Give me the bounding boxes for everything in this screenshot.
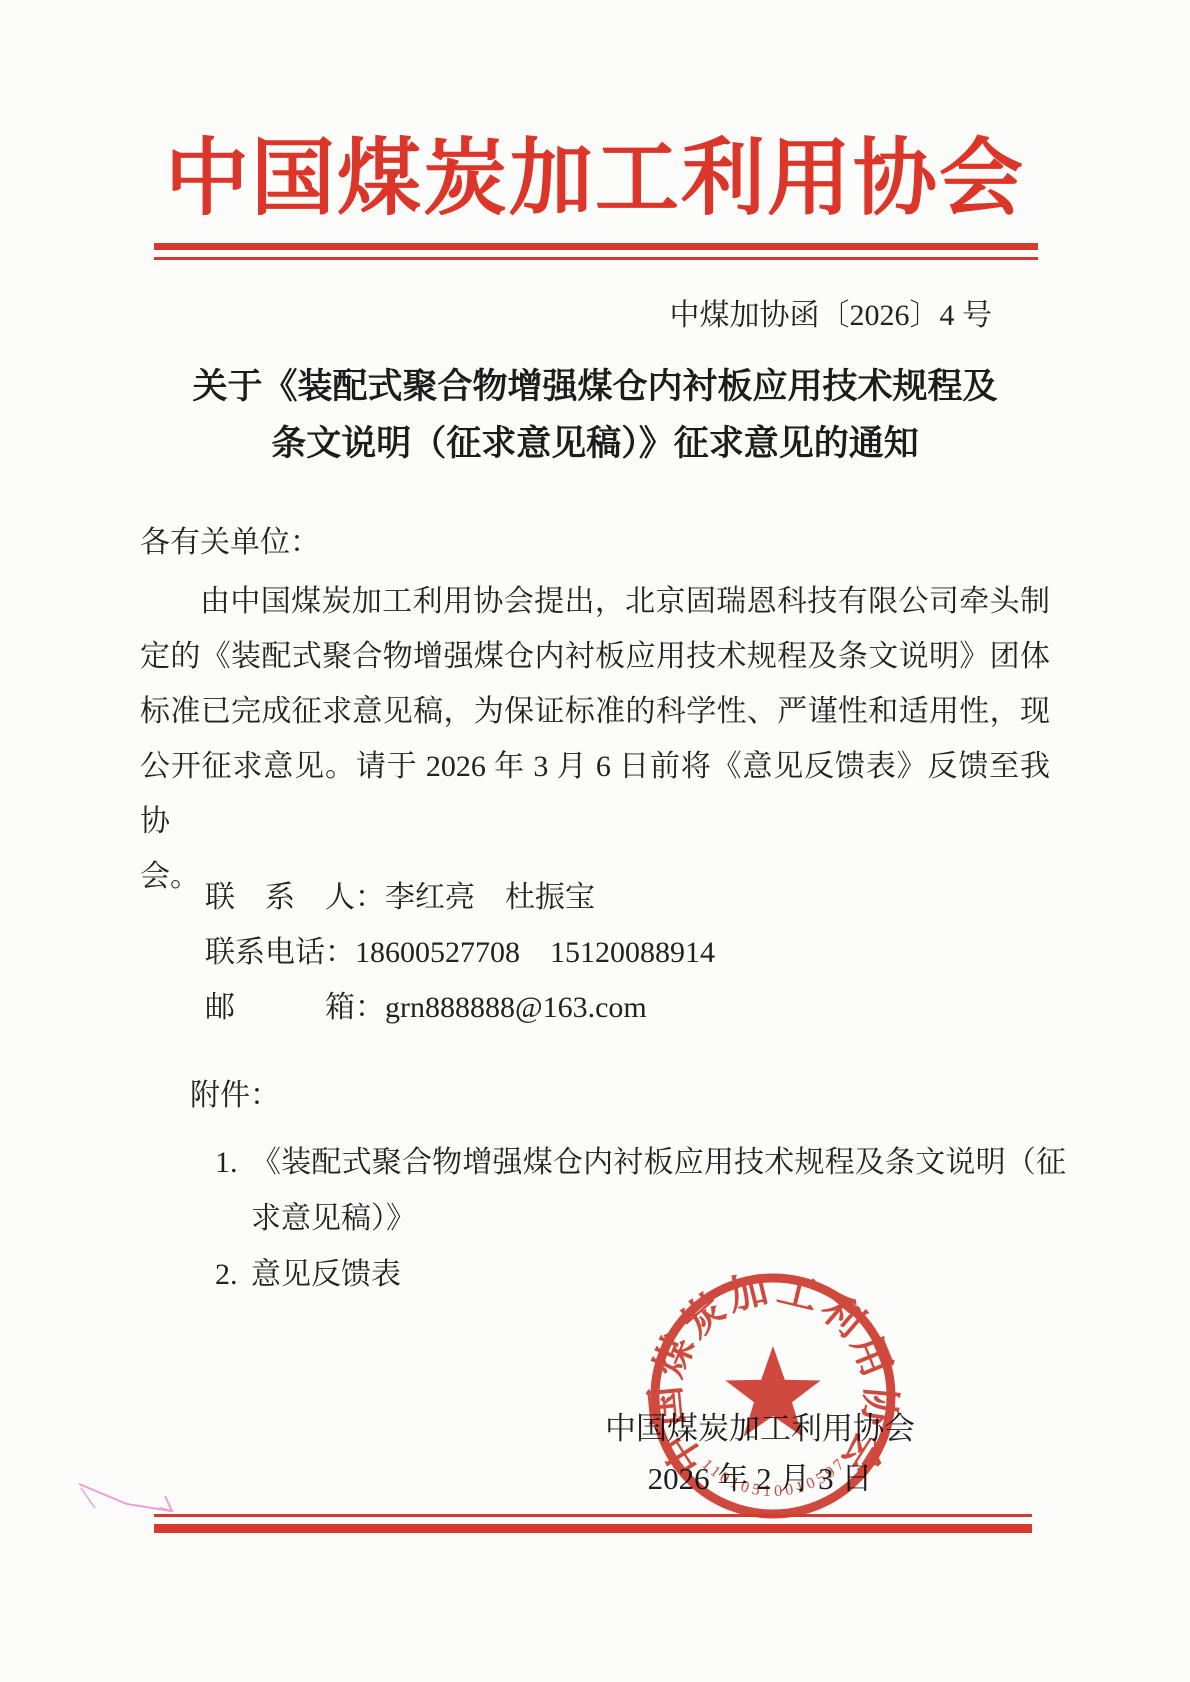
official-seal-stamp: 中国煤炭加工利用协会 11010510010597 [645,1268,901,1524]
document-title: 关于《装配式聚合物增强煤仓内衬板应用技术规程及 条文说明（征求意见稿）》征求意见… [0,358,1190,472]
document-title-line2: 条文说明（征求意见稿）》征求意见的通知 [0,415,1190,472]
header-rule-thin [154,257,1038,260]
contact-block: 联 系 人：李红亮 杜振宝 联系电话：18600527708 151200889… [205,870,715,1035]
paragraph-line: 定的《装配式聚合物增强煤仓内衬板应用技术规程及条文说明》团体 [140,629,1050,684]
attachment-item-number: 1. [215,1135,251,1191]
attachments-block: 附件： 1. 《装配式聚合物增强煤仓内衬板应用技术规程及条文说明（征求意见稿）》… [190,1068,1066,1303]
salutation: 各有关单位： [140,522,320,564]
document-title-line1: 关于《装配式聚合物增强煤仓内衬板应用技术规程及 [0,358,1190,415]
contact-email-label: 邮 箱： [205,991,385,1024]
paragraph-line: 标准已完成征求意见稿，为保证标准的科学性、严谨性和适用性，现 [140,684,1050,739]
footer-rule-thick [154,1524,1032,1533]
attachments-label: 附件： [190,1068,1066,1124]
star-icon [725,1346,820,1437]
contact-phone-label: 联系电话： [205,936,355,969]
document-number: 中煤加协函〔2026〕4 号 [670,296,993,336]
document-page: 中国煤炭加工利用协会 中煤加协函〔2026〕4 号 关于《装配式聚合物增强煤仓内… [0,0,1190,1682]
contact-person-value: 李红亮 杜振宝 [385,881,595,914]
contact-email-line: 邮 箱：grn888888@163.com [205,980,715,1035]
attachment-item: 2. 意见反馈表 [215,1247,1066,1303]
contact-person-line: 联 系 人：李红亮 杜振宝 [205,870,715,925]
attachment-item: 1. 《装配式聚合物增强煤仓内衬板应用技术规程及条文说明（征求意见稿）》 [215,1135,1066,1247]
attachment-item-text: 《装配式聚合物增强煤仓内衬板应用技术规程及条文说明（征求意见稿）》 [251,1135,1066,1247]
body-paragraph: 由中国煤炭加工利用协会提出，北京固瑞恩科技有限公司牵头制 定的《装配式聚合物增强… [140,574,1050,904]
contact-phone-line: 联系电话：18600527708 15120088914 [205,925,715,980]
header-rule-thick [154,243,1038,250]
paragraph-line: 公开征求意见。请于 2026 年 3 月 6 日前将《意见反馈表》反馈至我协 [140,739,1050,849]
contact-email-value: grn888888@163.com [385,991,647,1024]
contact-person-label: 联 系 人： [205,881,385,914]
attachment-item-number: 2. [215,1247,251,1303]
attachments-list: 1. 《装配式聚合物增强煤仓内衬板应用技术规程及条文说明（征求意见稿）》 2. … [190,1135,1066,1303]
contact-phone-value: 18600527708 15120088914 [355,936,715,969]
letterhead-org-title: 中国煤炭加工利用协会 [0,138,1190,222]
seal-code-text: 11010510010597 [698,1456,848,1500]
paragraph-line: 由中国煤炭加工利用协会提出，北京固瑞恩科技有限公司牵头制 [140,574,1050,629]
footer-rule-thin [154,1514,1032,1517]
